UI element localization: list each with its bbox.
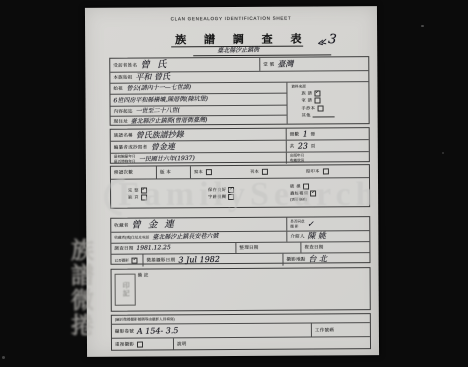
owner-value: 曾 金 連 — [132, 220, 177, 230]
scan-speck — [2, 356, 5, 359]
letterpress-edition-label: 鉛印本 — [306, 168, 320, 174]
owner-label: 收藏者 — [114, 222, 128, 227]
consent-to-film-label-2: 攝 影 — [290, 225, 304, 230]
refilm-checkbox — [137, 341, 143, 347]
genealogy-title-label: 族譜名稱 — [114, 132, 133, 138]
table-respondent: 受訪者姓名 曾 氏 堂 號 臺灣 本族始祖 平和 曾氏 始祖 曾公(譜內十一—七… — [109, 56, 369, 126]
film-location-label: 攝影地點 — [286, 257, 305, 263]
current-address-value: 臺北縣汐止鎮衖(曾厝衖臺灣) — [131, 118, 208, 126]
volume-count-value: 1 — [302, 130, 307, 138]
revision-count-label: 修譜次數 — [114, 170, 133, 176]
hall-name-label: 堂 號 — [263, 62, 274, 67]
manuscript-edition-checkbox — [206, 169, 212, 175]
introducer-label: 介紹人 — [290, 234, 304, 239]
page-total-suffix: 頁 — [311, 143, 316, 148]
stamp-seal-characters: 印記 — [120, 282, 130, 298]
content-range-value: 一世至二十八世( — [136, 108, 180, 115]
survey-date-value: 1981.12.25 — [137, 245, 171, 252]
introducer-value: 陳 姚 — [308, 232, 327, 240]
scan-speck — [421, 25, 424, 27]
source-type-box: 資料來源 族 譜 ✓ 家 譜 手抄本 其他 — [287, 82, 368, 123]
film-location-value: 台 北 — [309, 255, 328, 263]
source-genealogy-label: 族 譜 — [301, 90, 312, 96]
owner-address-value: 臺北縣汐止鎮長安巷六號 — [152, 234, 218, 241]
compiler-value: 曾金連 — [150, 143, 174, 151]
source-genealogy-checkbox: ✓ — [314, 90, 320, 96]
edition-label: 版 本 — [160, 170, 171, 175]
table-film-numbers: (關於微捲攝影號碼等由攝影人員填寫) 攝影卷號 A 154- 3.5 工作號碼 … — [111, 313, 371, 351]
origin-place-value: 6世四房平和縣橫壙,陳厝衖(陳坑堡) — [113, 96, 208, 104]
page-total-label: 共 — [290, 143, 295, 148]
side-seal-watermark: 族譜微捲 — [69, 238, 92, 338]
first-ancestor-value: 平和 曾氏 — [135, 73, 170, 82]
film-roll-number-label: 攝影卷號 — [115, 328, 134, 334]
english-header: CLAN GENEALOGY IDENTIFICATION SHEET — [85, 15, 377, 22]
explanation-label: 說明 — [177, 341, 187, 346]
film-table-header: (關於微捲攝影號碼等由攝影人員填寫) — [115, 317, 175, 322]
table-owner-survey: 收藏者 曾 金 連 是否同意 攝 影 ✓ 收藏者(處)住址及電話 臺北縣汐止鎮長… — [110, 216, 370, 265]
source-manuscript-checkbox — [317, 105, 323, 111]
work-number-label: 工作號碼 — [315, 327, 334, 333]
organize-date-label: 整理日期 — [239, 245, 258, 251]
compiled-year-value: 一民國廿六年(1937) — [138, 155, 194, 162]
survey-date-label: 調查日期 — [114, 246, 133, 252]
letterpress-edition-checkbox — [323, 168, 329, 174]
founder-value: 曾公(譜內十一—七世諱) — [126, 85, 191, 92]
filmed-checkbox: ✓ — [132, 258, 138, 264]
current-address-label: 現住址 — [114, 119, 128, 124]
remarks-stamp-box: 印記 — [115, 274, 136, 306]
content-range-label: 內容起迄 — [114, 108, 133, 114]
page-number-arrow: ≪ — [316, 38, 327, 49]
founder-label: 始祖 — [113, 86, 123, 91]
hall-name-value: 臺灣 — [277, 60, 293, 68]
filmed-label: 已否攝影 — [114, 258, 128, 263]
print-edition-label: 刊本 — [250, 169, 259, 175]
volume-count-label: 冊數 — [290, 131, 300, 136]
respondent-label: 受訪者姓名 — [113, 62, 137, 68]
respondent-value: 曾 氏 — [140, 60, 168, 70]
print-edition-checkbox — [262, 169, 268, 175]
source-family-record-checkbox — [314, 98, 320, 104]
source-family-record-label: 家 譜 — [301, 98, 312, 104]
refilm-label: 重複攝影 — [115, 341, 134, 347]
scan-speck — [442, 152, 444, 154]
page-total-value: 23 — [298, 142, 308, 150]
remarks-box: 印記 備 註 — [111, 267, 371, 312]
volume-count-suffix: 冊 — [310, 131, 315, 136]
storage-state-label: 收藏狀況 — [290, 159, 304, 164]
page-number-handwritten: 3 — [328, 33, 339, 47]
manuscript-edition-label: 寫本 — [194, 169, 203, 175]
publish-year-label: 出版年月 — [290, 153, 304, 158]
film-roll-number-value: A 154- 3.5 — [137, 327, 179, 336]
title-annotation-handwritten: 臺北縣汐止鎮衖 — [217, 48, 259, 55]
table-genealogy-info: 族譜名稱 曾氏族譜抄錄 冊數 1 冊 編纂者或抄寫者 曾金連 共 23 頁 — [110, 127, 370, 164]
consent-to-film-checkmark: ✓ — [308, 220, 315, 228]
recheck-date-label: 複查日期 — [304, 245, 323, 251]
last-revised-label: 最近增修年月 — [114, 160, 136, 165]
genealogy-title-value: 曾氏族譜抄錄 — [136, 130, 184, 139]
source-other-label: 其他 — [302, 113, 311, 119]
compiler-label: 編纂者或抄寫者 — [114, 144, 148, 150]
microfilm-date-label: 微捲攝影日期 — [146, 258, 175, 264]
source-header: 資料來源 — [291, 84, 364, 89]
consent-to-film-label-1: 是否同意 — [290, 219, 304, 224]
source-manuscript-label: 手抄本 — [302, 105, 316, 111]
first-ancestor-label: 本族始祖 — [113, 75, 132, 81]
familysearch-watermark: FamilySearch — [118, 176, 379, 214]
microfilm-date-value: 3 Jul 1982 — [178, 256, 220, 265]
source-other-blank-line — [313, 114, 335, 118]
owner-address-label: 收藏者(處)住址及電話 — [114, 235, 149, 240]
first-compiled-label: 最初編纂年月 — [114, 154, 136, 159]
remarks-label: 備 註 — [138, 273, 149, 278]
